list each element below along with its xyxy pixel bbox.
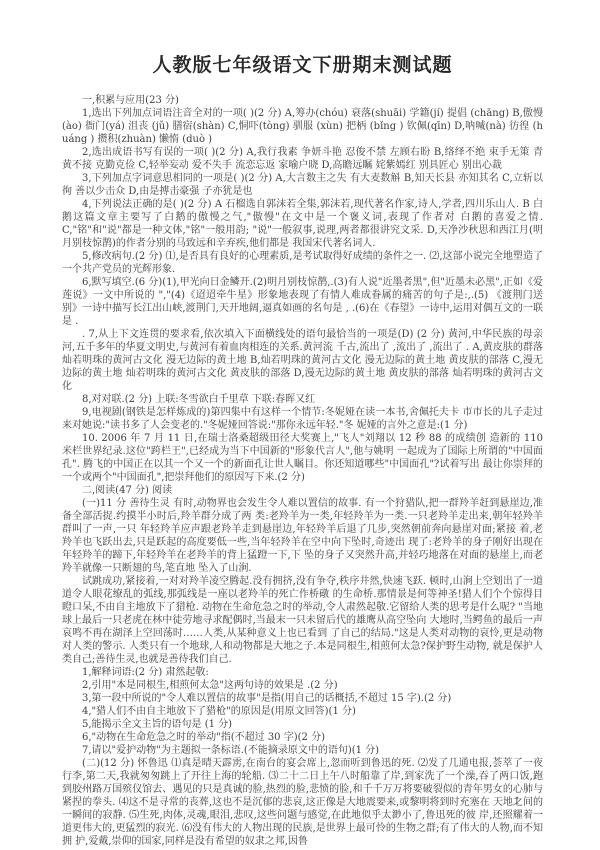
page-number: 1	[514, 797, 520, 807]
question-5-sentence-correction: 5,修改病句.(2 分) ⑴,是否具有良好的心理素质,是考试取得好成绩的条件之一…	[62, 250, 543, 276]
reading-1-question-2: 2,引用"本是同根生,相煎何太急"这两句诗的效果是 .(2 分)	[62, 679, 543, 692]
reading-1-question-5: 5,能揭示全文主旨的语句是 (1 分)	[62, 718, 543, 731]
page-title: 人教版七年级语文下册期末测试题	[62, 52, 543, 78]
section-heading-accumulation: 一,积累与应用(23 分)	[62, 94, 543, 107]
reading-passage-2: (二)(12 分) 怀鲁迅 ⑴真是晴天霹雳,在南台的宴会席上,忽而听到鲁迅的死.…	[62, 757, 543, 848]
reading-passage-1-part-1: (一)11 分 善待生灵 有时,动物界也会发生令人难以置信的故事. 有一个狩猎队…	[62, 497, 543, 575]
reading-1-question-3: 3,第一段中所说的"令人难以置信的故事"是指(用自己的话概括,不超过 15 字)…	[62, 692, 543, 705]
section-heading-reading: 二,阅读(47 分) 阅读	[62, 484, 543, 497]
question-4-statements: 4,下列说法正确的是( )(2 分) A 石榴选自郭沫若全集,郭沫若,现代著名作…	[62, 198, 543, 250]
question-7-coherence: . 7,从上下文连贯的要求看,依次填入下面横线处的语句最恰当的一项是(D) (2…	[62, 328, 543, 393]
document-page: 人教版七年级语文下册期末测试题 一,积累与应用(23 分) 1,选出下列加点词语…	[0, 0, 600, 850]
question-2-idioms: 2,选出成语书写有误的一项( )(2 分) A,我行我素 争妍斗艳 忍俊不禁 左…	[62, 146, 543, 172]
reading-1-question-7: 7,请以"爱护动物"为主题拟一条标语.(不能摘录原文中的语句)(1 分)	[62, 744, 543, 757]
question-1-pinyin: 1,选出下列加点词语注音全对的一项( )(2 分) A,筹办(chóu) 衰落(…	[62, 107, 543, 146]
question-8-couplet: 8,对对联.(2 分) 上联:冬雪欲白千里草 下联:春晖又红	[62, 393, 543, 406]
question-9-tv-drama: 9,电视剧(钢铁是怎样炼成的)第四集中有这样一个情节:冬妮娅在读一本书,舍佩托夫…	[62, 406, 543, 432]
reading-1-question-1: 1,解释词语:(2 分) 肃然起敬:	[62, 666, 543, 679]
question-3-word-meaning: 3,下列加点字词意思相同的一项是( )(2 分) A,大言数主之失 有大麦数斛 …	[62, 172, 543, 198]
question-6-fill-in-blanks: 6,默写填空.(6 分)(1),甲光向日金鳞开.(2)明月别枝惊鹊,.(3)有人…	[62, 276, 543, 328]
reading-passage-1-part-2: 试跳成功,紧接着,一对对羚羊凌空腾起.没有拥挤,没有争夺,秩序井然,快速飞跃. …	[62, 575, 543, 666]
reading-1-question-6: 6,"动物在生命危急之时的举动"指(不超过 30 字)(2 分)	[62, 731, 543, 744]
document-body: 一,积累与应用(23 分) 1,选出下列加点词语注音全对的一项( )(2 分) …	[62, 94, 543, 848]
question-10-liuxiang: 10. 2006 年 7 月 11 日,在瑞士洛桑超级田径大奖赛上,"飞人"刘翔…	[62, 432, 543, 484]
reading-1-question-4: 4,"猎人们不由自主地放下了猎枪"的原因是(用原文回答)(1 分)	[62, 705, 543, 718]
